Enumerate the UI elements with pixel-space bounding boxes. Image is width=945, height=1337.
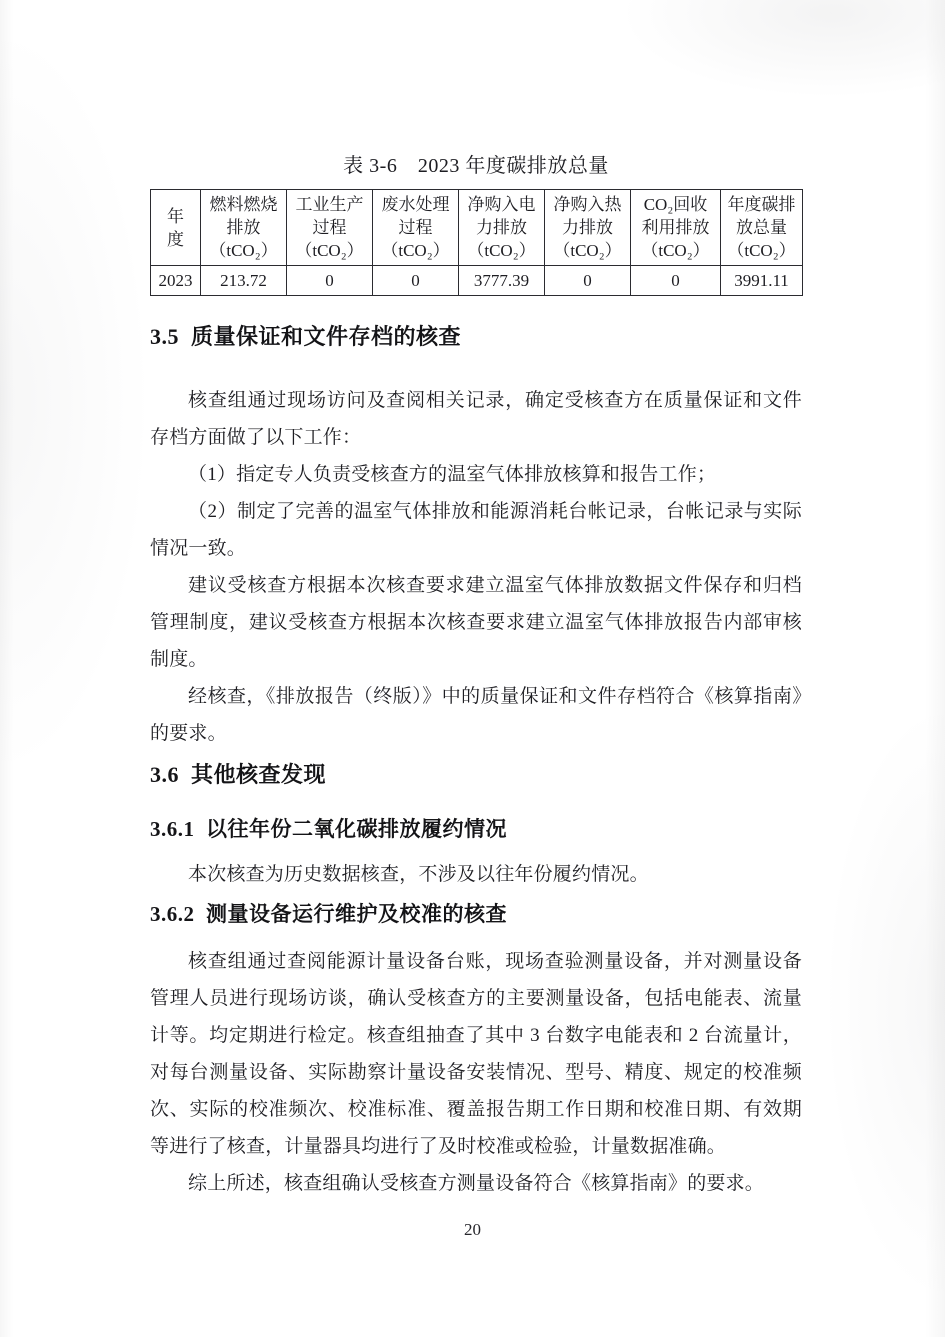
- page-content: 表 3-6 2023 年度碳排放总量 年 度 燃料燃烧 排放 （tCO₂） 工业…: [150, 153, 802, 1202]
- table-data-row: 2023 213.72 0 0 3777.39 0 0 3991.11: [151, 266, 803, 296]
- col-header-purchased-heat: 净购入热 力排放 （tCO₂）: [545, 190, 631, 266]
- heading-3-6-2: 3.6.2 测量设备运行维护及校准的核查: [150, 899, 802, 929]
- cell-purchased-heat: 0: [545, 266, 631, 296]
- document-page: 表 3-6 2023 年度碳排放总量 年 度 燃料燃烧 排放 （tCO₂） 工业…: [0, 0, 945, 1337]
- cell-purchased-electricity: 3777.39: [459, 266, 545, 296]
- col-header-year: 年 度: [151, 190, 201, 266]
- table-header-row: 年 度 燃料燃烧 排放 （tCO₂） 工业生产 过程 （tCO₂） 废水处理 过…: [151, 190, 803, 266]
- page-number: 20: [0, 1220, 945, 1240]
- emissions-table: 年 度 燃料燃烧 排放 （tCO₂） 工业生产 过程 （tCO₂） 废水处理 过…: [150, 189, 803, 296]
- cell-wastewater-treatment: 0: [373, 266, 459, 296]
- paragraph-3-5-item-1: （1）指定专人负责受核查方的温室气体排放核算和报告工作；: [150, 456, 802, 493]
- cell-industrial-process: 0: [287, 266, 373, 296]
- col-header-co2-recovery: CO₂回收 利用排放 （tCO₂）: [631, 190, 721, 266]
- col-header-purchased-electricity: 净购入电 力排放 （tCO₂）: [459, 190, 545, 266]
- table-caption: 表 3-6 2023 年度碳排放总量: [150, 153, 802, 179]
- paragraph-3-6-1: 本次核查为历史数据核查，不涉及以往年份履约情况。: [150, 856, 802, 893]
- col-header-fuel-combustion: 燃料燃烧 排放 （tCO₂）: [201, 190, 287, 266]
- cell-year: 2023: [151, 266, 201, 296]
- cell-fuel-combustion: 213.72: [201, 266, 287, 296]
- col-header-industrial-process: 工业生产 过程 （tCO₂）: [287, 190, 373, 266]
- cell-annual-total: 3991.11: [721, 266, 803, 296]
- col-header-annual-total: 年度碳排 放总量 （tCO₂）: [721, 190, 803, 266]
- heading-3-5: 3.5 质量保证和文件存档的核查: [150, 322, 802, 352]
- col-header-wastewater-treatment: 废水处理 过程 （tCO₂）: [373, 190, 459, 266]
- paragraph-3-5-conclusion: 经核查，《排放报告（终版）》中的质量保证和文件存档符合《核算指南》的要求。: [150, 678, 802, 752]
- heading-3-6-1: 3.6.1 以往年份二氧化碳排放履约情况: [150, 814, 802, 844]
- paragraph-3-6-2-main: 核查组通过查阅能源计量设备台账，现场查验测量设备，并对测量设备管理人员进行现场访…: [150, 943, 802, 1165]
- paragraph-3-5-intro: 核查组通过现场访问及查阅相关记录，确定受核查方在质量保证和文件存档方面做了以下工…: [150, 382, 802, 456]
- paragraph-3-5-recommendation: 建议受核查方根据本次核查要求建立温室气体排放数据文件保存和归档管理制度，建议受核…: [150, 567, 802, 678]
- paragraph-3-5-item-2: （2）制定了完善的温室气体排放和能源消耗台帐记录，台帐记录与实际情况一致。: [150, 493, 802, 567]
- heading-3-6: 3.6 其他核查发现: [150, 760, 802, 790]
- paragraph-3-6-2-conclusion: 综上所述，核查组确认受核查方测量设备符合《核算指南》的要求。: [150, 1165, 802, 1202]
- cell-co2-recovery: 0: [631, 266, 721, 296]
